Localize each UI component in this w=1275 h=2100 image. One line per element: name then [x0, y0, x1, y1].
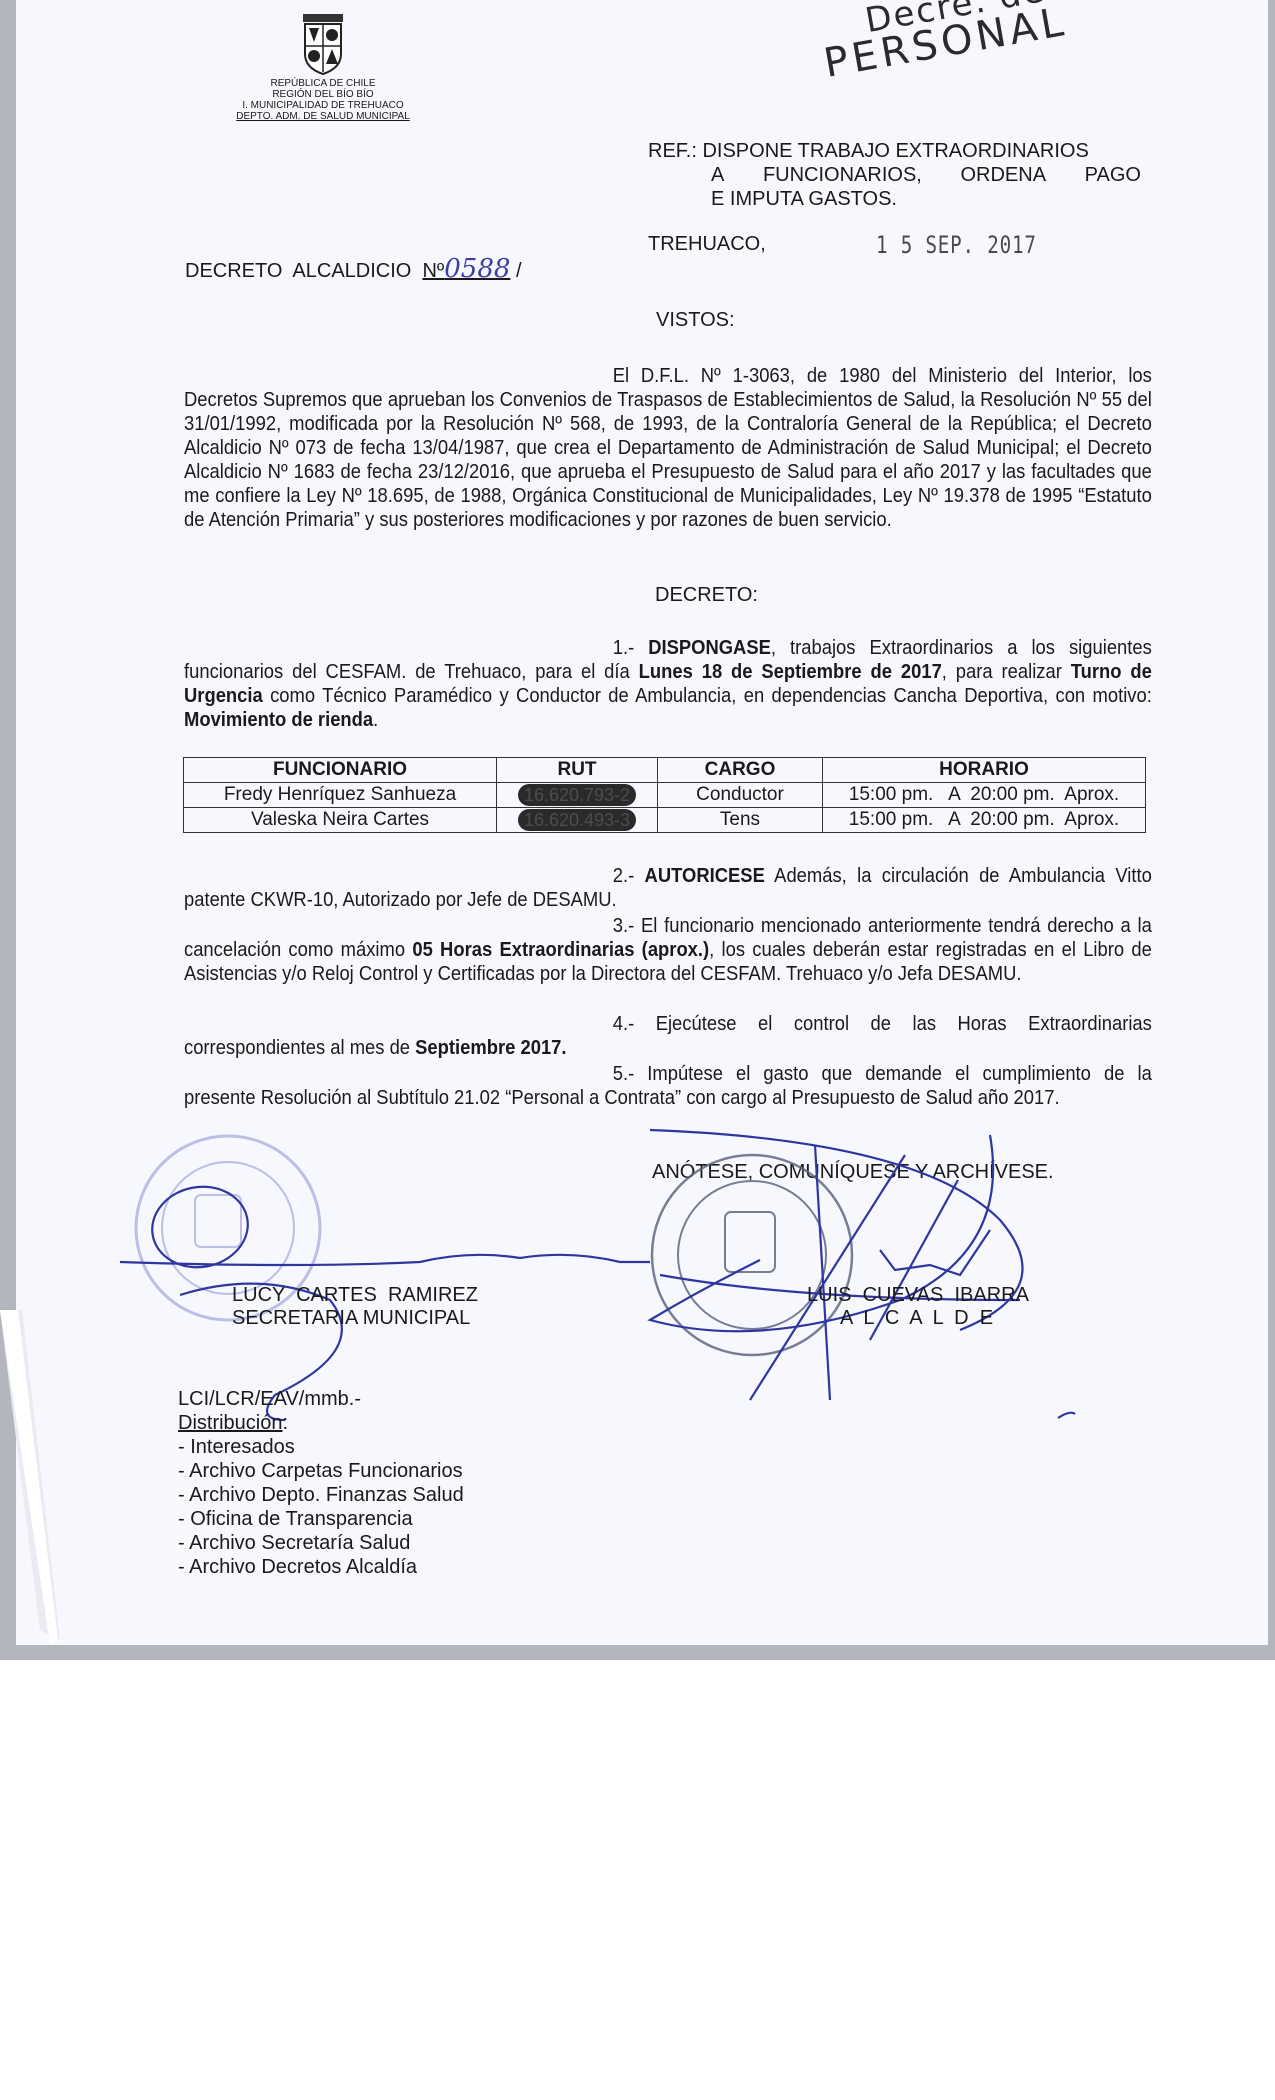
- column-header: HORARIO: [823, 758, 1146, 783]
- mayor-signature-block: LUIS CUEVAS IBARRA A L C A L D E: [807, 1284, 1029, 1330]
- reference-word: A: [711, 163, 724, 187]
- reference-word: FUNCIONARIOS,: [763, 163, 922, 187]
- handwritten-decree-number: 0588: [444, 254, 510, 284]
- funcionario-cell: Fredy Henríquez Sanhueza: [184, 783, 497, 808]
- horario-cell: 15:00 pm. A 20:00 pm. Aprox.: [823, 783, 1146, 808]
- drafting-initials: LCI/LCR/EAV/mmb.-: [178, 1387, 464, 1411]
- reference-line: REF.: DISPONE TRABAJO EXTRAORDINARIOS: [648, 139, 1141, 163]
- reference-word: ORDENA: [960, 163, 1046, 187]
- distribution-item: - Archivo Carpetas Funcionarios: [178, 1459, 464, 1483]
- column-header: RUT: [497, 758, 658, 783]
- distribution-item: - Oficina de Transparencia: [178, 1507, 464, 1531]
- decree-item-3: 3.- El funcionario mencionado anteriorme…: [184, 914, 1152, 986]
- closing-formula: ANÓTESE, COMUNÍQUESE Y ARCHÍVESE.: [652, 1161, 1054, 1184]
- decree-label: DECRETO ALCALDICIO: [185, 260, 422, 282]
- decree-item-2: 2.- AUTORICESE Además, la circulación de…: [184, 864, 1152, 912]
- reference-block: REF.: DISPONE TRABAJO EXTRAORDINARIOS A …: [648, 139, 1141, 211]
- vistos-heading: VISTOS:: [656, 309, 735, 332]
- table-header-row: FUNCIONARIO RUT CARGO HORARIO: [184, 758, 1146, 783]
- mayor-title: A L C A L D E: [807, 1307, 1029, 1330]
- letterhead-line: DEPTO. ADM. DE SALUD MUNICIPAL: [228, 111, 418, 122]
- footer: LCI/LCR/EAV/mmb.- Distribución: - Intere…: [178, 1387, 464, 1579]
- letterhead-line: REGIÓN DEL BÍO BÍO: [228, 89, 418, 100]
- secretary-signature-block: LUCY CARTES RAMIREZ SECRETARIA MUNICIPAL: [232, 1284, 478, 1330]
- funcionario-cell: Valeska Neira Cartes: [184, 808, 497, 833]
- date-stamp: 1 5 SEP. 2017: [876, 231, 1037, 259]
- decree-item-4: 4.- Ejecútese el control de las Horas Ex…: [184, 1012, 1152, 1060]
- decree-item-5: 5.- Impútese el gasto que demande el cum…: [184, 1062, 1152, 1110]
- decree-item-1: 1.- DISPONGASE, trabajos Extraordinarios…: [184, 636, 1152, 732]
- letterhead-line: REPÚBLICA DE CHILE: [228, 78, 418, 89]
- reference-line: E IMPUTA GASTOS.: [648, 187, 1141, 211]
- vistos-paragraph: El D.F.L. Nº 1-3063, de 1980 del Ministe…: [184, 364, 1152, 532]
- decreto-heading: DECRETO:: [655, 584, 758, 607]
- distribution-item: - Archivo Secretaría Salud: [178, 1531, 464, 1555]
- secretary-title: SECRETARIA MUNICIPAL: [232, 1307, 478, 1330]
- column-header: CARGO: [658, 758, 823, 783]
- decree-number: DECRETO ALCALDICIO Nº0588 /: [185, 254, 522, 284]
- number-sign: Nº: [422, 260, 444, 282]
- distribution-label: Distribución: [178, 1412, 282, 1434]
- distribution-item: - Archivo Decretos Alcaldía: [178, 1555, 464, 1579]
- letterhead: REPÚBLICA DE CHILE REGIÓN DEL BÍO BÍO I.…: [228, 14, 418, 122]
- redacted-rut: 16.620.793-2: [518, 784, 636, 806]
- table-row: Fredy Henríquez Sanhueza 16.620.793-2 Co…: [184, 783, 1146, 808]
- column-header: FUNCIONARIO: [184, 758, 497, 783]
- redacted-rut: 16.620.493-3: [518, 809, 636, 831]
- page-fold-corner: [0, 1310, 60, 1650]
- letterhead-line: I. MUNICIPALIDAD DE TREHUACO: [228, 100, 418, 111]
- mayor-name: LUIS CUEVAS IBARRA: [807, 1284, 1029, 1307]
- staff-table: FUNCIONARIO RUT CARGO HORARIO Fredy Henr…: [183, 757, 1146, 833]
- distribution-item: - Interesados: [178, 1435, 464, 1459]
- secretary-name: LUCY CARTES RAMIREZ: [232, 1284, 478, 1307]
- reference-word: PAGO: [1085, 163, 1141, 187]
- cargo-cell: Conductor: [658, 783, 823, 808]
- cargo-cell: Tens: [658, 808, 823, 833]
- place: TREHUACO,: [648, 233, 766, 256]
- municipal-coat-of-arms-icon: [297, 14, 349, 76]
- table-row: Valeska Neira Cartes 16.620.493-3 Tens 1…: [184, 808, 1146, 833]
- decree-suffix: /: [510, 260, 521, 282]
- horario-cell: 15:00 pm. A 20:00 pm. Aprox.: [823, 808, 1146, 833]
- distribution-item: - Archivo Depto. Finanzas Salud: [178, 1483, 464, 1507]
